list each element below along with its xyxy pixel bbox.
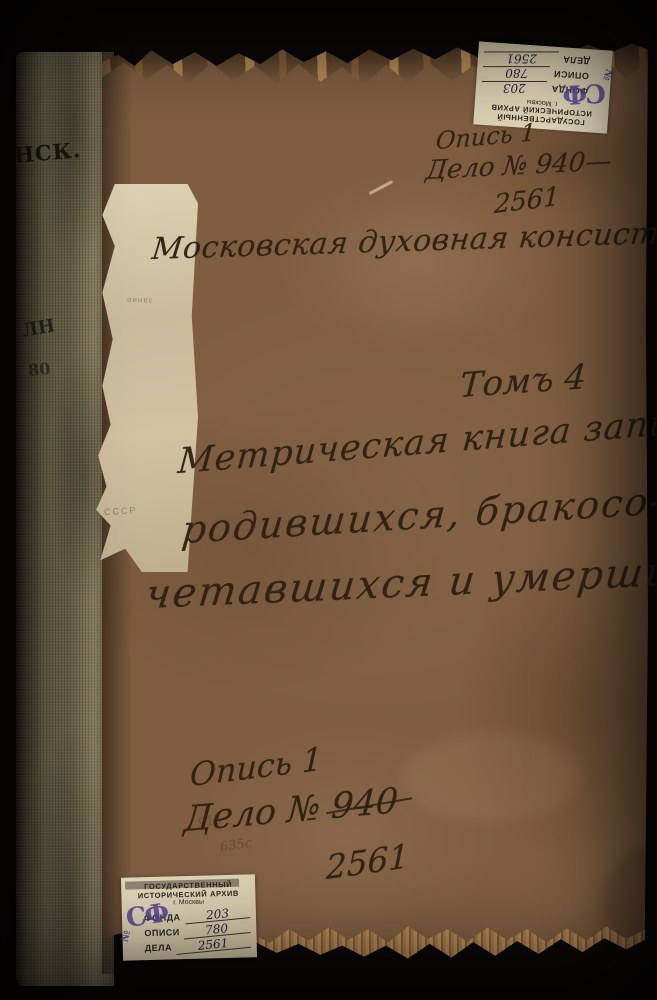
sf-overlay-mark: СФ <box>124 898 169 934</box>
stamp-field-label: ДЕЛА <box>145 942 172 953</box>
stamp-field-delo: ДЕЛА 2561 <box>129 938 251 953</box>
spine-text-fragment-low: 80 <box>27 359 51 380</box>
stain <box>600 842 657 972</box>
worn-light-patch <box>402 732 582 822</box>
book-spine <box>16 52 114 986</box>
archive-stamp-bottom: ГОСУДАРСТВЕННЫЙ ИСТОРИЧЕСКИЙ АРХИВ г. Мо… <box>121 874 257 960</box>
delo-prefix: Дело № <box>424 151 529 187</box>
numero-sign: № <box>118 929 133 943</box>
delo-dash: — <box>584 146 613 178</box>
stamp-field-value: 2561 <box>484 51 559 63</box>
delo-number: 940 <box>534 148 587 181</box>
stamp-field-value: 780 <box>483 66 550 78</box>
archival-book-cover-photo: НСК. ЛН 80 СССР зание ГОСУДАРСТВЕННЫЙ ИС… <box>0 0 657 1000</box>
delo-number-struck: 940 <box>330 781 399 827</box>
sf-overlay-mark: СФ <box>564 77 607 109</box>
archive-stamp-top: ГОСУДАРСТВЕННЫЙ ИСТОРИЧЕСКИЙ АРХИВ г. Мо… <box>473 41 612 133</box>
stamp-field-value: 203 <box>482 81 547 93</box>
tape-text-fragment: зание <box>126 296 153 306</box>
stamp-field-label: ДЕЛА <box>562 54 590 66</box>
